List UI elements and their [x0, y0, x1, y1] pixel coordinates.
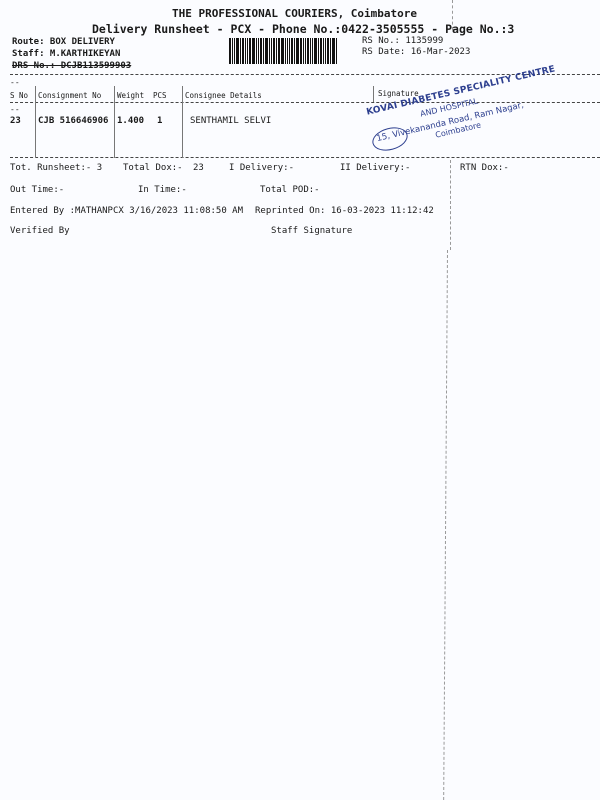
- tot-runsheet: Tot. Runsheet:- 3: [10, 163, 102, 173]
- total-pod: Total POD:-: [260, 185, 320, 195]
- row-pcs: 1: [157, 116, 162, 126]
- row-weight: 1.400: [117, 116, 144, 126]
- rs-number: RS No.: 1135999: [362, 36, 443, 46]
- staff-signature: Staff Signature: [271, 226, 352, 236]
- company-title: THE PROFESSIONAL COURIERS, Coimbatore: [172, 7, 417, 20]
- in-time: In Time:-: [138, 185, 187, 195]
- column-divider: [114, 86, 115, 158]
- i-delivery: I Delivery:-: [229, 163, 294, 173]
- scan-line: [452, 0, 453, 30]
- col-header-consignee: Consignee Details: [185, 91, 262, 100]
- divider: [10, 157, 600, 158]
- route-label: Route: BOX DELIVERY: [12, 37, 115, 47]
- row-sno: 23: [10, 116, 21, 126]
- runsheet-subtitle: Delivery Runsheet - PCX - Phone No.:0422…: [92, 22, 514, 36]
- scan-line: [443, 250, 448, 800]
- stamp-line: KOVAI DIABETES SPECIALITY CENTRE: [365, 64, 556, 117]
- column-divider: [35, 86, 36, 158]
- reprinted-on: Reprinted On: 16-03-2023 11:12:42: [255, 206, 434, 216]
- row-consignment-no: CJB 516646906: [38, 116, 108, 126]
- staff-label: Staff: M.KARTHIKEYAN: [12, 49, 120, 59]
- row-consignee: SENTHAMIL SELVI: [190, 116, 271, 126]
- dash-mark: --: [10, 78, 20, 87]
- column-divider: [182, 86, 183, 158]
- rs-date: RS Date: 16-Mar-2023: [362, 47, 470, 57]
- out-time: Out Time:-: [10, 185, 64, 195]
- dash-mark: --: [10, 105, 20, 114]
- ii-delivery: II Delivery:-: [340, 163, 410, 173]
- verified-by: Verified By: [10, 226, 70, 236]
- col-header-pcs: PCS: [153, 91, 167, 100]
- col-header-consignment: Consignment No: [38, 91, 101, 100]
- col-header-sno: S No: [10, 91, 28, 100]
- total-dox-value: 23: [193, 163, 204, 173]
- drs-number: DRS No.: DCJB113599903: [12, 61, 131, 71]
- rtn-dox: RTN Dox:-: [460, 163, 509, 173]
- entered-by: Entered By :MATHANPCX 3/16/2023 11:08:50…: [10, 206, 243, 216]
- barcode: [229, 38, 354, 64]
- total-dox-label: Total Dox:-: [123, 163, 183, 173]
- col-header-weight: Weight: [117, 91, 144, 100]
- scan-line: [450, 160, 451, 250]
